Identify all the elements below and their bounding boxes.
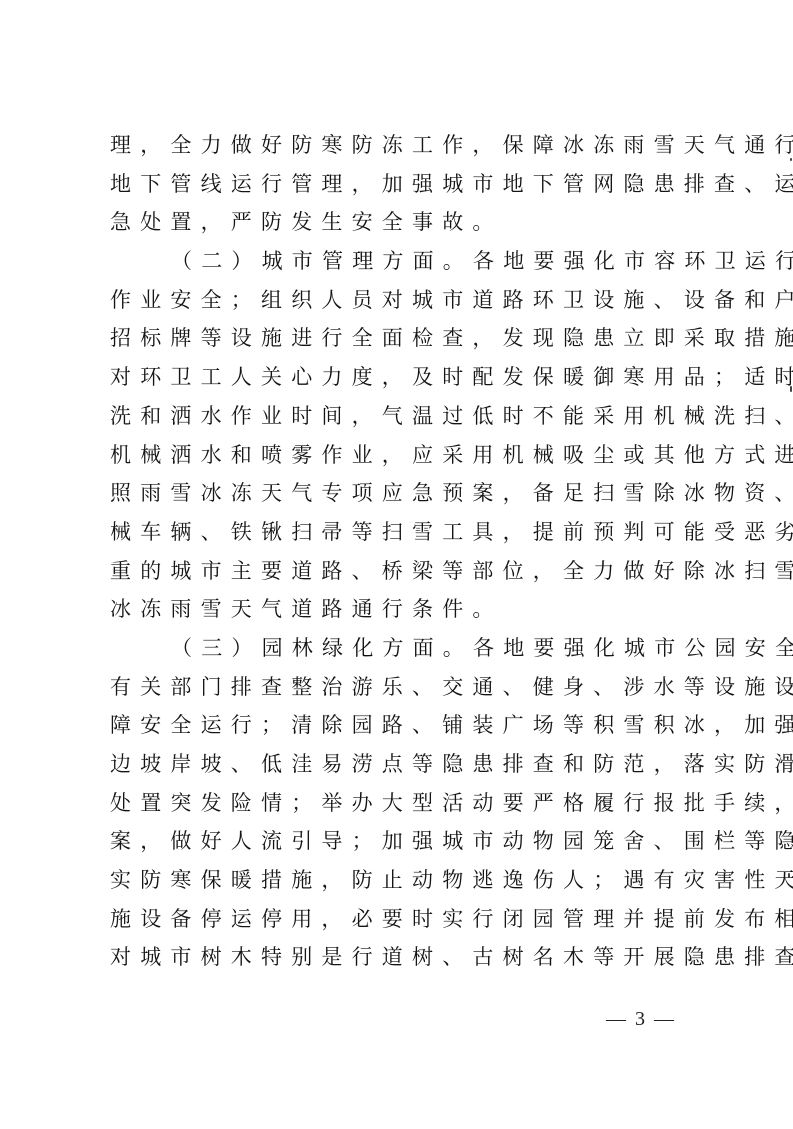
text-line: 对环卫工人关心力度，及时配发保暖御寒用品；适时调整环卫清 (110, 358, 700, 397)
section-heading-line: （二）城市管理方面。各地要强化市容环卫运行管理，保障 (110, 242, 700, 281)
text-line: 边坡岸坡、低洼易涝点等隐患排查和防范，落实防滑措施，及时 (110, 745, 700, 784)
text-line: 重的城市主要道路、桥梁等部位，全力做好除冰扫雪工作，确保 (110, 552, 700, 591)
text-span: 各地要强化市容环卫运行管理，保障 (473, 249, 793, 273)
text-line: 理，全力做好防寒防冻工作，保障冰冻雨雪天气通行安全；强化 (110, 126, 700, 165)
text-line: 作业安全；组织人员对城市道路环卫设施、设备和户外广告、店 (110, 281, 700, 320)
document-body: 理，全力做好防寒防冻工作，保障冰冻雨雪天气通行安全；强化 地下管线运行管理，加强… (110, 126, 700, 977)
text-line: 机械洒水和喷雾作业，应采用机械吸尘或其他方式进行作业；按 (110, 436, 700, 475)
document-page: 理，全力做好防寒防冻工作，保障冰冻雨雪天气通行安全；强化 地下管线运行管理，加强… (0, 0, 793, 1129)
scan-speck (790, 386, 792, 392)
text-line: 急处置，严防发生安全事故。 (110, 203, 700, 242)
page-number: — 3 — (606, 1008, 676, 1031)
text-line: 招标牌等设施进行全面检查，发现隐患立即采取措施消除；加大 (110, 319, 700, 358)
text-line: 实防寒保暖措施，防止动物逃逸伤人；遇有灾害性天气，大型设 (110, 861, 700, 900)
text-line: 照雨雪冰冻天气专项应急预案，备足扫雪除冰物资、清扫清运机 (110, 474, 700, 513)
text-line: 施设备停运停用，必要时实行闭园管理并提前发布相关信息。要 (110, 900, 700, 939)
text-span: 各地要强化城市公园安全管理，会同 (473, 636, 793, 660)
text-line: 地下管线运行管理，加强城市地下管网隐患排查、运行监测和应 (110, 165, 700, 204)
text-line: 械车辆、铁锹扫帚等扫雪工具，提前预判可能受恶劣天气影响严 (110, 513, 700, 552)
scan-speck (790, 158, 792, 161)
text-line: 洗和洒水作业时间，气温过低时不能采用机械洗扫、机械清洗、 (110, 397, 700, 436)
text-line: 冰冻雨雪天气道路通行条件。 (110, 590, 700, 629)
scan-speck (788, 873, 790, 878)
text-line: 有关部门排查整治游乐、交通、健身、涉水等设施设备隐患，保 (110, 668, 700, 707)
section-heading: （二）城市管理方面。 (171, 249, 473, 273)
text-line: 障安全运行；清除园路、铺装广场等积雪积冰，加强涉河涉水、 (110, 706, 700, 745)
text-line: 案，做好人流引导；加强城市动物园笼舍、围栏等隐患排查，落 (110, 822, 700, 861)
text-line: 对城市树木特别是行道树、古树名木等开展隐患排查，针对性进 (110, 938, 700, 977)
section-heading: （三）园林绿化方面。 (171, 636, 473, 660)
text-line: 处置突发险情；举办大型活动要严格履行报批手续，制定应急预 (110, 784, 700, 823)
section-heading-line: （三）园林绿化方面。各地要强化城市公园安全管理，会同 (110, 629, 700, 668)
